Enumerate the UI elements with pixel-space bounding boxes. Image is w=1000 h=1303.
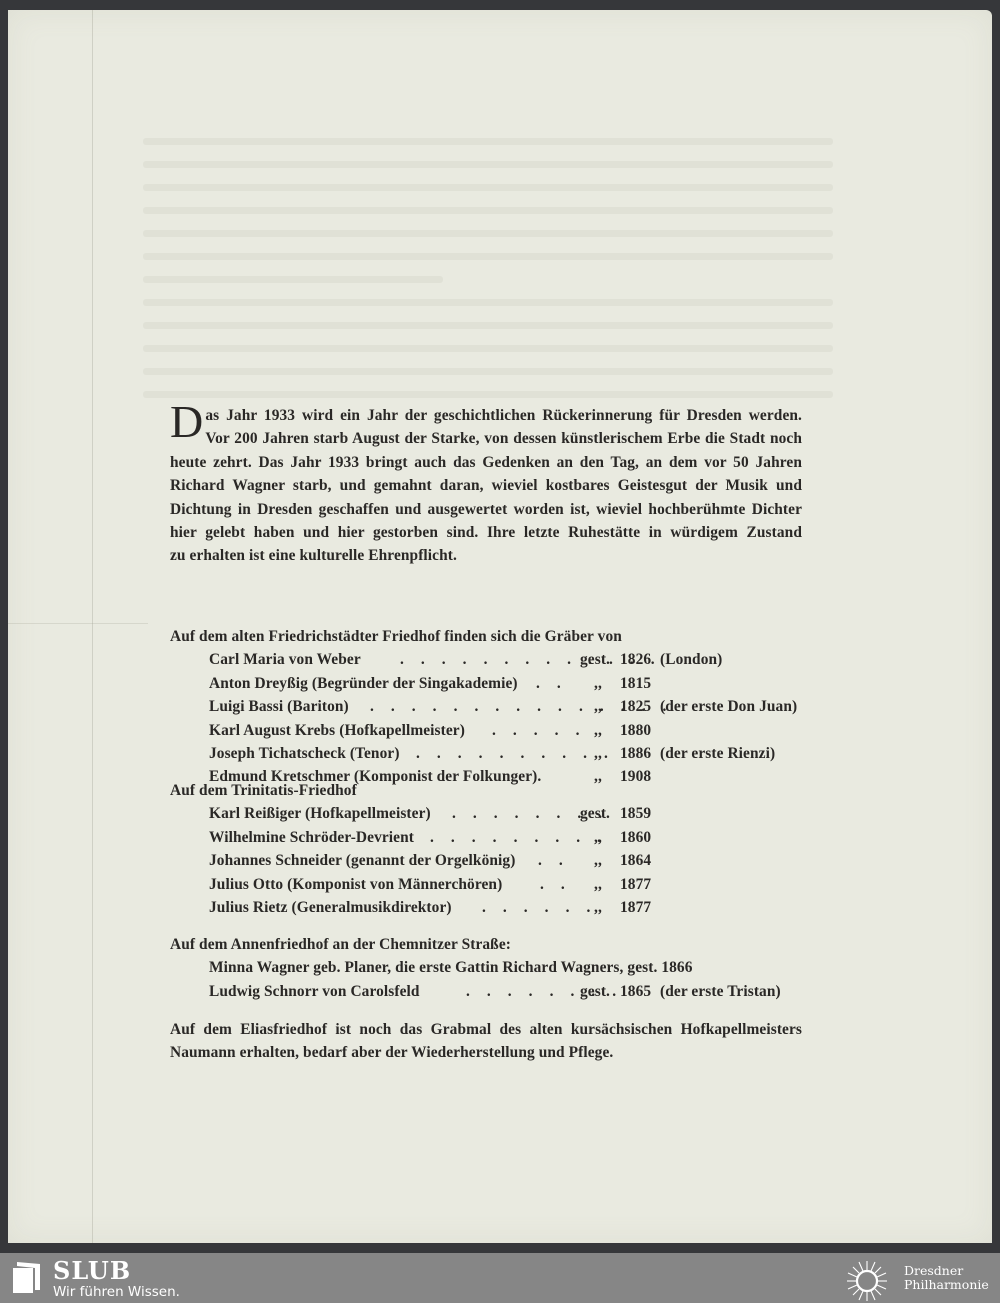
- footer-bar: SLUB Wir führen Wissen. Dresdner Philhar…: [0, 1253, 1000, 1303]
- death-year: 1826: [620, 648, 651, 671]
- grave-entry: Julius Otto (Komponist von Männerchören)…: [170, 873, 830, 896]
- cemetery-section-friedrichstadt: Auf dem alten Friedrichstädter Friedhof …: [170, 625, 830, 789]
- grave-entry: Luigi Bassi (Bariton) . . . . . . . . . …: [170, 695, 830, 718]
- entry-note: (der erste Tristan): [660, 980, 781, 1003]
- show-through: [143, 368, 833, 375]
- person-name: Joseph Tichatscheck (Tenor): [209, 742, 400, 765]
- grave-entry: Karl August Krebs (Hofkapellmeister) . .…: [170, 719, 830, 742]
- grave-entry: Anton Dreyßig (Begründer der Singakademi…: [170, 672, 830, 695]
- grave-entry: Karl Reißiger (Hofkapellmeister) . . . .…: [170, 802, 830, 825]
- grave-entry: Johannes Schneider (genannt der Orgelkön…: [170, 849, 830, 872]
- show-through: [143, 276, 443, 283]
- closing-paragraph: Auf dem Eliasfriedhof ist noch das Grabm…: [170, 1018, 802, 1065]
- paper-crease: [8, 623, 148, 624]
- death-year: 1886: [620, 742, 651, 765]
- intro-line: zu erhalten ist eine kulturelle Ehrenpfl…: [170, 544, 802, 567]
- show-through: [143, 322, 833, 329]
- philharmonie-line2: Philharmonie: [904, 1278, 989, 1292]
- cemetery-section-annenfriedhof: Auf dem Annenfriedhof an der Chemnitzer …: [170, 933, 830, 1003]
- grave-entry: Wilhelmine Schröder-Devrient . . . . . .…: [170, 826, 830, 849]
- ditto-mark: ,,: [594, 719, 602, 742]
- death-year: 1864: [620, 849, 651, 872]
- philharmonie-sunburst-icon: [846, 1260, 888, 1302]
- person-name: Julius Rietz (Generalmusikdirektor): [209, 896, 452, 919]
- ditto-mark: ,,: [594, 873, 602, 896]
- intro-line: heute zehrt. Das Jahr 1933 bringt auch d…: [170, 451, 802, 474]
- leader-dots: . . . . .: [492, 719, 586, 742]
- show-through: [143, 184, 833, 191]
- closing-line: Auf dem Eliasfriedhof ist noch das Grabm…: [170, 1018, 802, 1041]
- person-name: Wilhelmine Schröder-Devrient: [209, 826, 414, 849]
- death-year: 1880: [620, 719, 651, 742]
- grave-entry: Minna Wagner geb. Planer, die erste Gatt…: [170, 956, 830, 979]
- death-year: 1865: [620, 980, 651, 1003]
- show-through: [143, 207, 833, 214]
- slub-logo-title: SLUB: [53, 1256, 131, 1285]
- ditto-mark: ,,: [594, 672, 602, 695]
- ditto-mark: ,,: [594, 849, 602, 872]
- intro-line: Vor 200 Jahren starb August der Starke, …: [170, 427, 802, 450]
- grave-entry: Joseph Tichatscheck (Tenor) . . . . . . …: [170, 742, 830, 765]
- section-heading: Auf dem Trinitatis-Friedhof: [170, 779, 830, 802]
- leader-dots: . .: [538, 849, 569, 872]
- slub-book-icon: [13, 1262, 41, 1293]
- show-through: [143, 230, 833, 237]
- person-name: Luigi Bassi (Bariton): [209, 695, 349, 718]
- paper-fold-line: [92, 10, 93, 1243]
- person-name: Anton Dreyßig (Begründer der Singakademi…: [209, 672, 518, 695]
- person-name: Carl Maria von Weber: [209, 648, 361, 671]
- entry-note: (der erste Rienzi): [660, 742, 775, 765]
- death-year: 1860: [620, 826, 651, 849]
- death-year: 1815: [620, 672, 651, 695]
- slub-logo-tagline: Wir führen Wissen.: [53, 1284, 180, 1300]
- leader-dots: . . . . . .: [482, 896, 597, 919]
- entry-note: (London): [660, 648, 722, 671]
- death-marker: gest.: [580, 980, 610, 1003]
- drop-cap: D: [170, 404, 203, 440]
- grave-entry: Julius Rietz (Generalmusikdirektor) . . …: [170, 896, 830, 919]
- intro-line: hier gelebt haben und hier gestorben sin…: [170, 521, 802, 544]
- section-heading: Auf dem Annenfriedhof an der Chemnitzer …: [170, 933, 830, 956]
- death-year: 1877: [620, 873, 651, 896]
- show-through: [143, 253, 833, 260]
- person-name: Ludwig Schnorr von Carolsfeld: [209, 980, 420, 1003]
- person-entry-text: Minna Wagner geb. Planer, die erste Gatt…: [209, 956, 693, 979]
- leader-dots: . .: [540, 873, 571, 896]
- leader-dots: . . . . . . . . . .: [416, 742, 615, 765]
- grave-entry: Carl Maria von Weber . . . . . . . . . .…: [170, 648, 830, 671]
- person-name: Johannes Schneider (genannt der Orgelkön…: [209, 849, 515, 872]
- philharmonie-line1: Dresdner: [904, 1264, 989, 1278]
- death-year: 1859: [620, 802, 651, 825]
- intro-line: Dichtung in Dresden geschaffen und ausge…: [170, 498, 802, 521]
- ditto-mark: ,,: [594, 826, 602, 849]
- intro-paragraph: D as Jahr 1933 wird ein Jahr der geschic…: [170, 404, 802, 568]
- cemetery-section-trinitatis: Auf dem Trinitatis-Friedhof Karl Reißige…: [170, 779, 830, 919]
- death-marker: gest.: [580, 648, 610, 671]
- closing-line: Naumann erhalten, bedarf aber der Wieder…: [170, 1041, 802, 1064]
- leader-dots: . .: [536, 672, 567, 695]
- death-year: 1877: [620, 896, 651, 919]
- entry-note: (der erste Don Juan): [660, 695, 797, 718]
- philharmonie-logo-text: Dresdner Philharmonie: [904, 1264, 989, 1292]
- ditto-mark: ,,: [594, 896, 602, 919]
- show-through: [143, 345, 833, 352]
- person-name: Karl Reißiger (Hofkapellmeister): [209, 802, 431, 825]
- intro-line: as Jahr 1933 wird ein Jahr der geschicht…: [170, 404, 802, 427]
- ditto-mark: ,,: [594, 742, 602, 765]
- leader-dots: . . . . . . . . .: [430, 826, 608, 849]
- death-marker: gest.: [580, 802, 610, 825]
- show-through: [143, 161, 833, 168]
- section-heading: Auf dem alten Friedrichstädter Friedhof …: [170, 625, 830, 648]
- grave-entry: Ludwig Schnorr von Carolsfeld . . . . . …: [170, 980, 830, 1003]
- show-through: [143, 138, 833, 145]
- person-name: Karl August Krebs (Hofkapellmeister): [209, 719, 465, 742]
- intro-line: Richard Wagner starb, und gemahnt daran,…: [170, 474, 802, 497]
- death-year: 1825: [620, 695, 651, 718]
- person-name: Julius Otto (Komponist von Männerchören): [209, 873, 502, 896]
- show-through: [143, 391, 833, 398]
- ditto-mark: ,,: [594, 695, 602, 718]
- show-through: [143, 299, 833, 306]
